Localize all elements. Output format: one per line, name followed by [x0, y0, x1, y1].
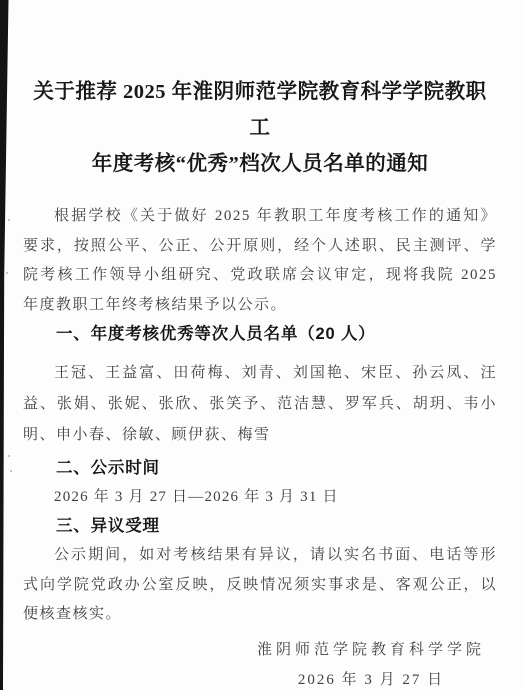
names-line: 王冠、王益富、田荷梅、刘青、刘国艳、宋臣、孙云凤、汪 — [23, 358, 497, 389]
names-line: 益、张娟、张妮、张欣、张笑予、范洁慧、罗军兵、胡玥、韦小 — [23, 389, 497, 420]
publicity-period: 2026 年 3 月 27 日—2026 年 3 月 31 日 — [23, 483, 497, 512]
objection-paragraph: 公示期间，如对考核结果有异议，请以实名书面、电话等形 式向学院党政办公室反映，反… — [23, 541, 497, 630]
objection-line: 式向学院党政办公室反映，反映情况须实事求是、客观公正，以 — [23, 571, 497, 601]
scan-speck — [6, 272, 8, 274]
notice-body: 关于推荐 2025 年淮阴师范学院教育科学学院教职工 年度考核“优秀”档次人员名… — [23, 0, 497, 690]
section-three-heading: 三、异议受理 — [23, 512, 497, 541]
excellent-names-paragraph: 王冠、王益富、田荷梅、刘青、刘国艳、宋臣、孙云凤、汪 益、张娟、张妮、张欣、张笑… — [23, 358, 497, 451]
section-one-heading: 一、年度考核优秀等次人员名单（20 人） — [23, 320, 497, 349]
notice-title-line-2: 年度考核“优秀”档次人员名单的通知 — [23, 146, 497, 182]
left-edge-scan-artifact — [0, 0, 10, 690]
objection-line: 便核查核实。 — [23, 600, 497, 630]
scanned-notice-page: 关于推荐 2025 年淮阴师范学院教育科学学院教职工 年度考核“优秀”档次人员名… — [0, 0, 523, 690]
intro-paragraph-line: 要求，按照公平、公正、公开原则，经个人述职、民主测评、学 — [23, 232, 497, 262]
intro-paragraph-line: 年度教职工年终考核结果予以公示。 — [23, 291, 497, 321]
notice-title-line-1: 关于推荐 2025 年淮阴师范学院教育科学学院教职工 — [23, 74, 497, 146]
scan-speck — [10, 470, 12, 472]
signature-date: 2026 年 3 月 27 日 — [298, 667, 444, 690]
names-line: 明、申小春、徐敏、顾伊荻、梅雪 — [23, 420, 497, 451]
signature-organization: 淮阴师范学院教育科学学院 — [257, 637, 485, 663]
intro-paragraph-line: 院考核工作领导小组研究、党政联席会议审定，现将我院 2025 — [23, 261, 497, 291]
objection-line: 公示期间，如对考核结果有异议，请以实名书面、电话等形 — [23, 541, 497, 571]
signature-block: 淮阴师范学院教育科学学院 2026 年 3 月 27 日 — [257, 637, 485, 690]
scan-speck — [8, 455, 10, 457]
section-two-heading: 二、公示时间 — [23, 454, 497, 483]
intro-paragraph: 根据学校《关于做好 2025 年教职工年度考核工作的通知》 要求，按照公平、公正… — [23, 202, 497, 320]
scan-speck — [8, 219, 10, 221]
notice-title: 关于推荐 2025 年淮阴师范学院教育科学学院教职工 年度考核“优秀”档次人员名… — [23, 74, 497, 182]
intro-paragraph-line: 根据学校《关于做好 2025 年教职工年度考核工作的通知》 — [23, 202, 497, 232]
